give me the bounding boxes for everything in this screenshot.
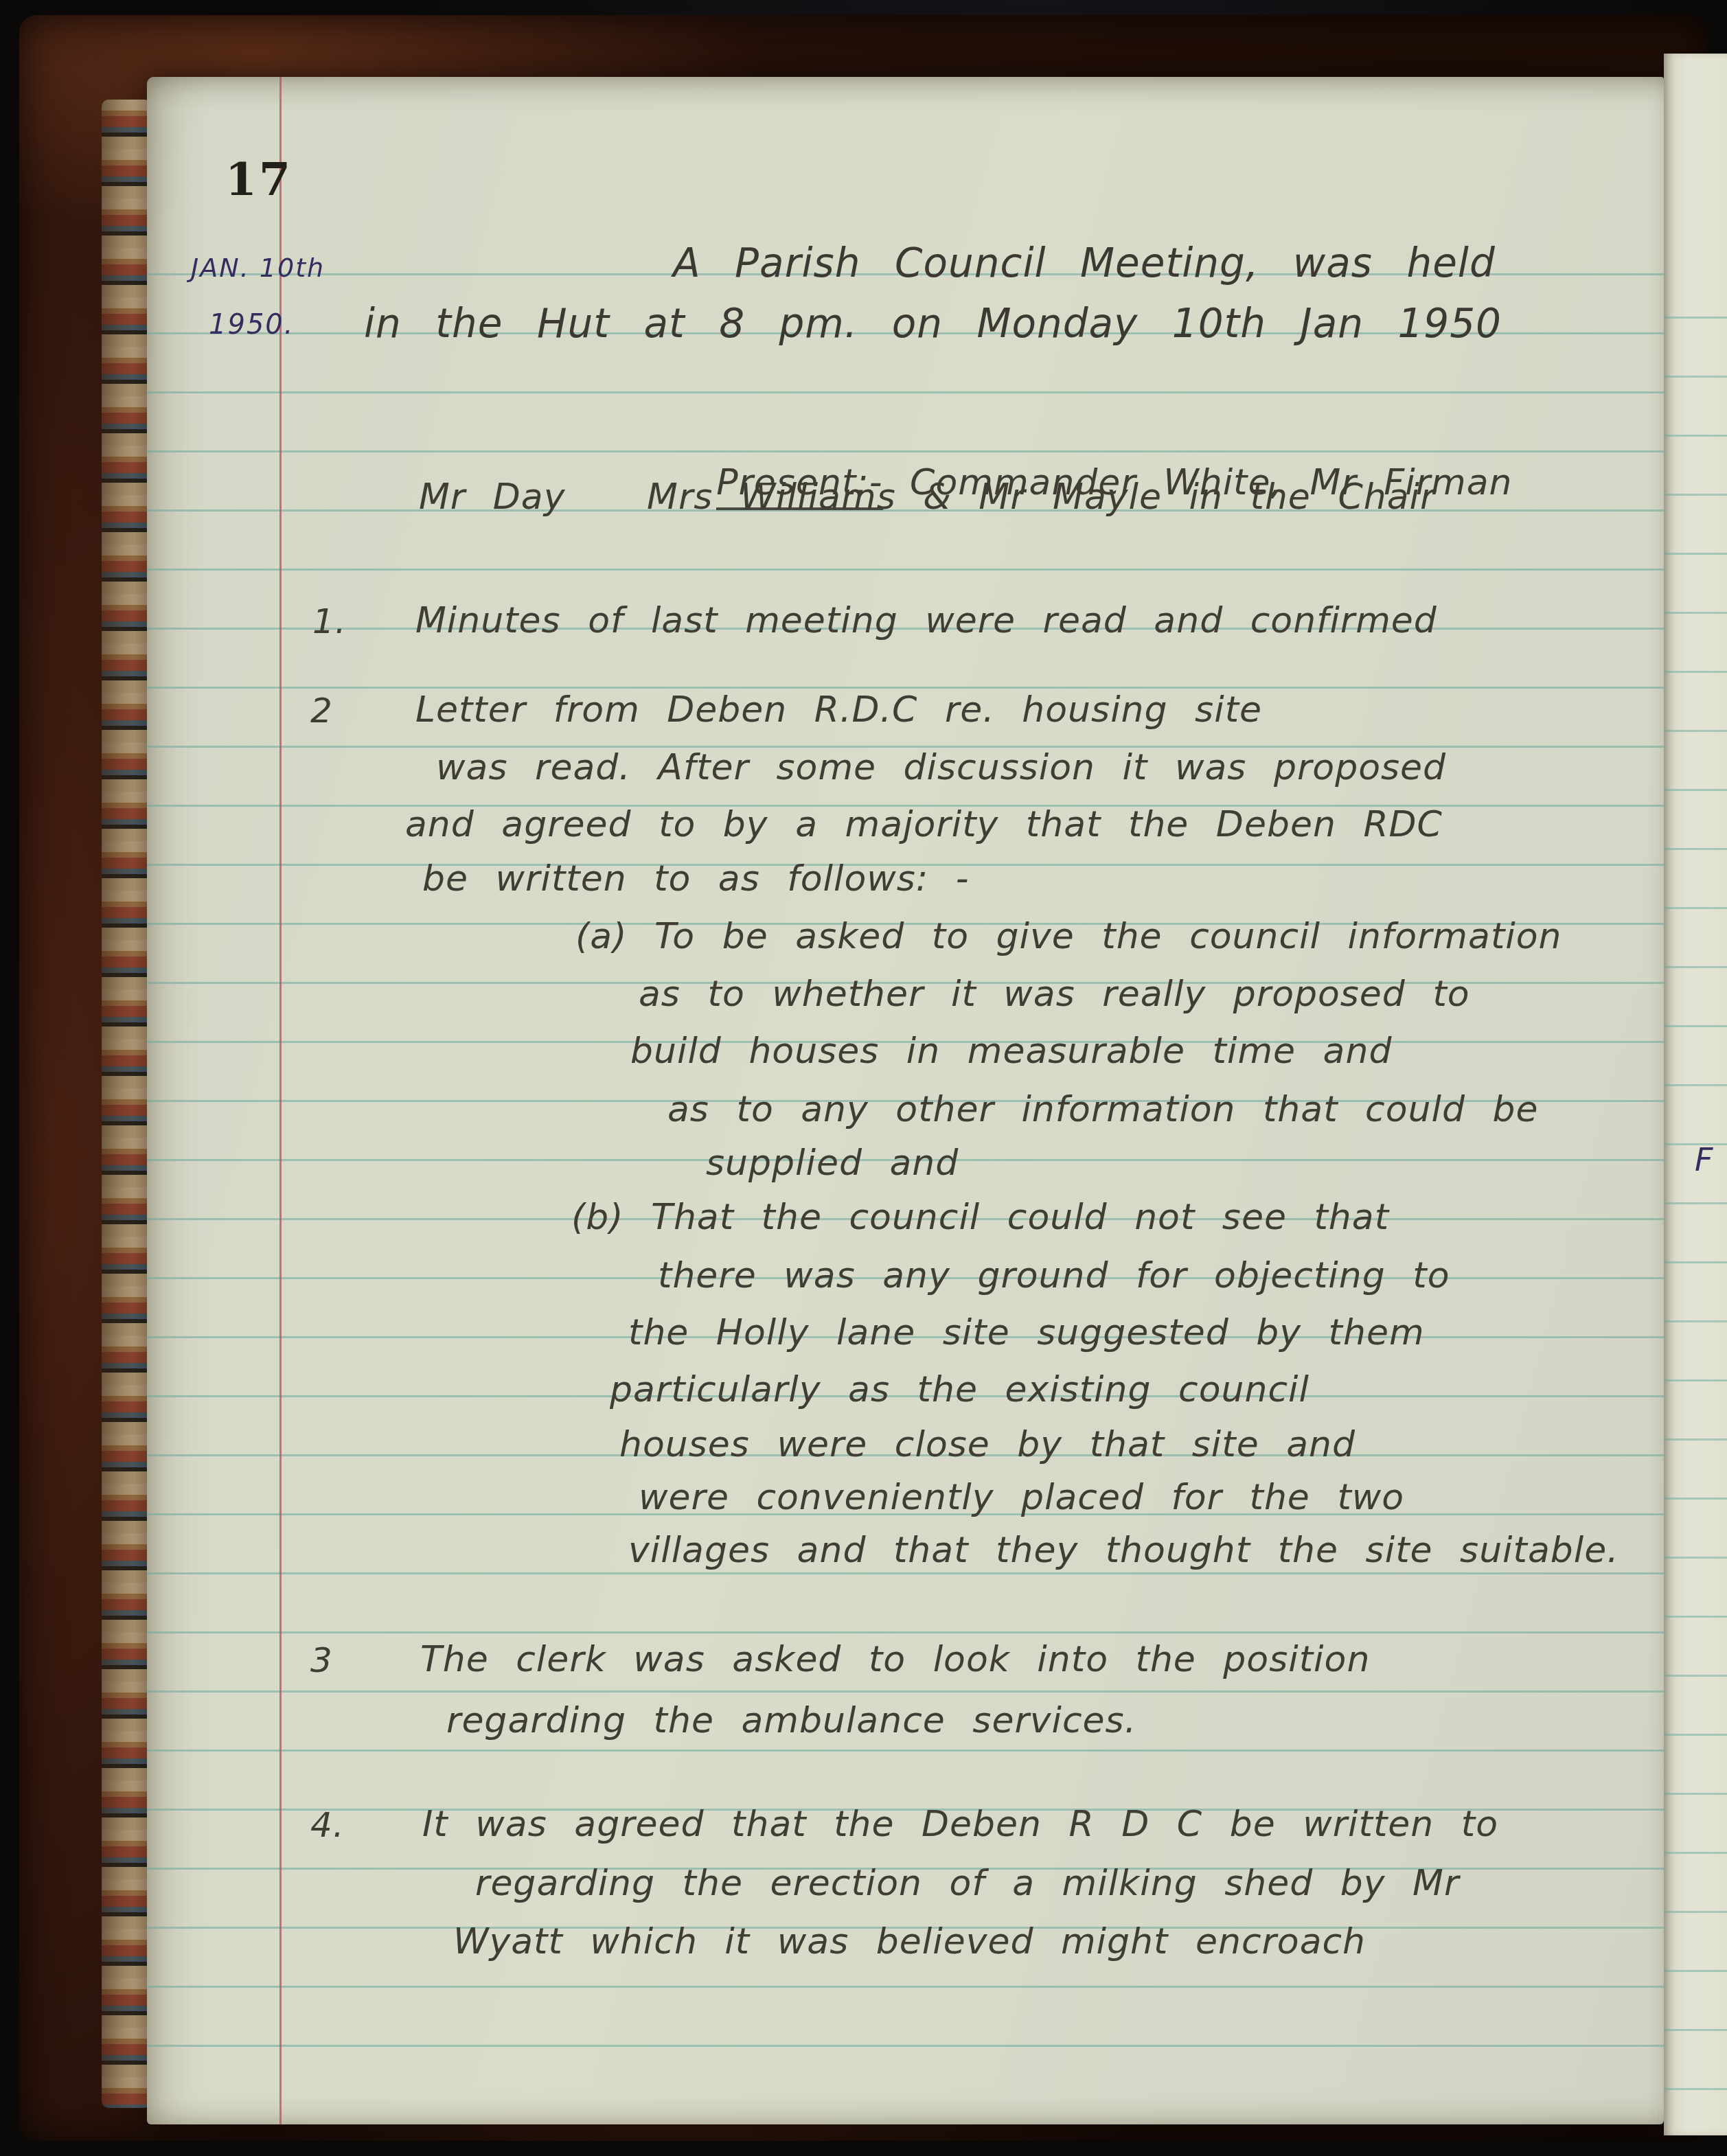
page-number: 17 (225, 152, 293, 206)
item-3-line-2: regarding the ambulance services. (446, 1701, 1136, 1741)
scanned-minute-book: 17 JAN. 10th 1950. A Parish Council Meet… (0, 0, 1727, 2156)
item-2-line-15: were conveniently placed for the two (639, 1478, 1404, 1517)
item-4-number: 4. (310, 1807, 345, 1844)
item-2-line-12: the Holly lane site suggested by them (628, 1314, 1425, 1353)
margin-date-year: 1950. (209, 309, 295, 341)
item-2-number: 2 (310, 692, 333, 730)
heading-line-1: A Parish Council Meeting, was held (673, 242, 1496, 286)
item-2-line-11: there was any ground for objecting to (658, 1257, 1450, 1296)
present-line-2: Mr Day Mrs Williams & Mr Mayle in the Ch… (419, 478, 1435, 517)
facing-page-sliver (1664, 54, 1727, 2135)
item-2-line-9: supplied and (706, 1144, 959, 1183)
item-2-line-3: and agreed to by a majority that the Deb… (405, 805, 1443, 845)
item-3-number: 3 (310, 1642, 333, 1679)
item-2-line-14: houses were close by that site and (619, 1425, 1356, 1465)
heading-line-2: in the Hut at 8 pm. on Monday 10th Jan 1… (364, 302, 1502, 346)
item-2-line-10-sub-b: (b) That the council could not see that (571, 1198, 1389, 1237)
item-1-line: Minutes of last meeting were read and co… (415, 601, 1437, 641)
item-4-line-1: It was agreed that the Deben R D C be wr… (422, 1805, 1498, 1844)
item-2-line-7: build houses in measurable time and (630, 1032, 1392, 1071)
item-2-line-6: as to whether it was really proposed to (639, 975, 1470, 1014)
item-2-line-8: as to any other information that could b… (667, 1090, 1538, 1129)
item-2-line-4: be written to as follows: - (422, 860, 970, 899)
item-2-line-13: particularly as the existing council (610, 1371, 1309, 1410)
item-2-line-5-sub-a: (a) To be asked to give the council info… (575, 917, 1562, 956)
red-margin-rule (279, 77, 282, 2124)
item-4-line-3: Wyatt which it was believed might encroa… (453, 1923, 1366, 1962)
margin-date-day: JAN. 10th (191, 253, 325, 283)
item-2-line-16: villages and that they thought the site … (628, 1531, 1619, 1570)
item-3-line-1: The clerk was asked to look into the pos… (420, 1640, 1370, 1679)
item-2-line-1: Letter from Deben R.D.C re. housing site (415, 691, 1262, 730)
item-1-number: 1. (312, 603, 347, 641)
item-4-line-2: regarding the erection of a milking shed… (475, 1864, 1459, 1903)
item-2-line-2: was read. After some discussion it was p… (436, 748, 1446, 788)
facing-page-note: F (1695, 1141, 1714, 1178)
deckled-page-edges (102, 100, 151, 2108)
